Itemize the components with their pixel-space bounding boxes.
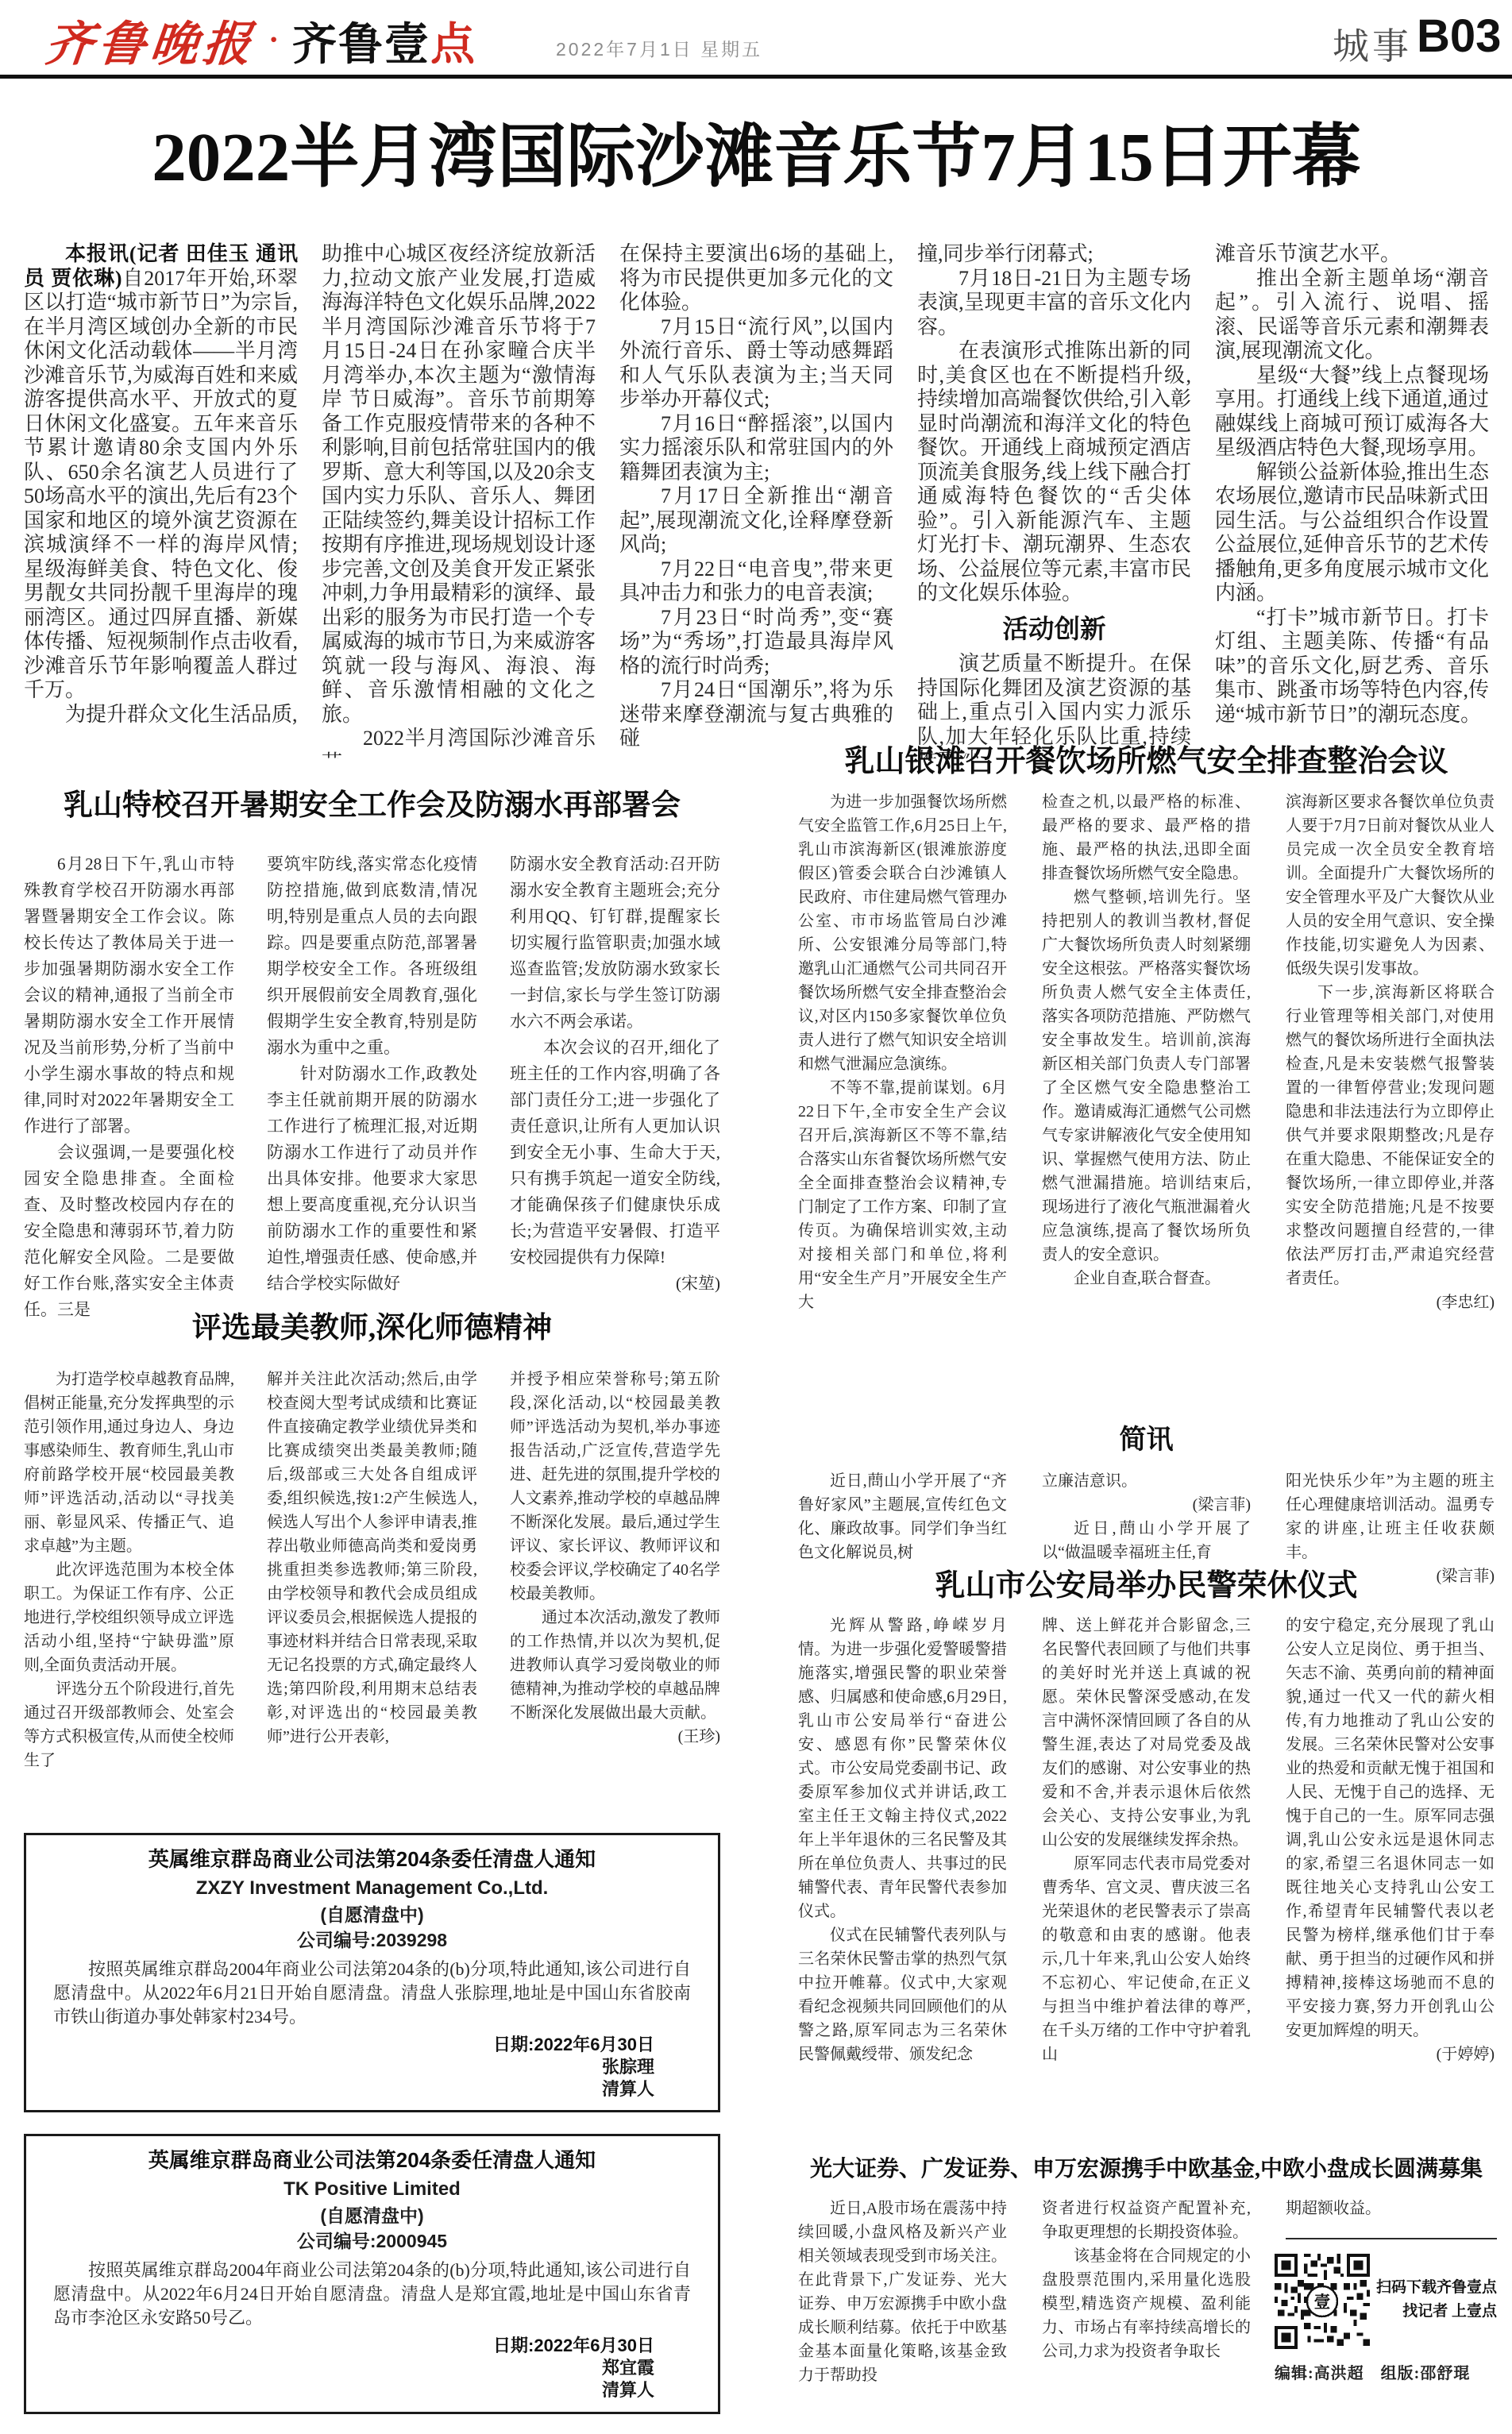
article-paragraph: 评选分五个阶段进行,首先通过召开级部教师会、处室会等方式积极宣传,从而使全校师生…	[24, 1677, 234, 1772]
article-paragraph: 牌、送上鲜花并合影留念,三名民警代表回顾了与他们共事的美好时光并送上真诚的祝愿。…	[1042, 1614, 1251, 1852]
article-column: 要筑牢防线,落实常态化疫情防控措施,做到底数清,情况明,特别是重点人员的去向跟踪…	[267, 851, 477, 1321]
notice-status: (自愿清盘中)	[53, 1904, 691, 1926]
notice-status: (自愿清盘中)	[53, 2204, 691, 2227]
article-column: 撞,同步举行闭幕式;7月18日-21日为主题专场表演,呈现更丰富的音乐文化内容。…	[917, 242, 1191, 758]
article-signature: (梁言菲)	[1042, 1493, 1251, 1517]
notice-company-name: ZXZY Investment Management Co.,Ltd.	[53, 1877, 691, 1900]
article-paragraph: 近日,A股市场在震荡中持续回暖,小盘风格及新兴产业相关领域表现受到市场关注。在此…	[798, 2197, 1007, 2387]
headline-guangda: 光大证券、广发证券、申万宏源携手中欧基金,中欧小盘成长圆满募集	[798, 2157, 1495, 2182]
article-column: 滩音乐节演艺水平。推出全新主题单场“潮音起”。引入流行、说唱、摇滚、民谣等音乐元…	[1215, 242, 1489, 758]
qr-code-icon: 壹	[1275, 2254, 1370, 2349]
article-column: 近日,A股市场在震荡中持续回暖,小盘风格及新兴产业相关领域表现受到市场关注。在此…	[798, 2197, 1007, 2411]
article-paragraph: 2022半月湾国际沙滩音乐节	[322, 727, 596, 758]
footer-rule	[1286, 2238, 1497, 2239]
article-column: 助推中心城区夜经济绽放新活力,拉动文旅产业发展,打造威海海洋特色文化娱乐品牌,2…	[322, 242, 596, 758]
notice-liquidator-name: 张腙理	[53, 2056, 691, 2078]
article-paragraph: 并授予相应荣誉称号;第五阶段,深化活动,以“校园最美教师”评选活动为契机,举办事…	[510, 1367, 720, 1606]
article-paragraph: 企业自查,联合督查。	[1042, 1267, 1251, 1290]
brand-logo-qilu-yidian: 齐鲁壹点	[292, 10, 476, 73]
notice-registration-number: 公司编号:2000945	[53, 2230, 691, 2252]
article-paragraph: 要筑牢防线,落实常态化疫情防控措施,做到底数清,情况明,特别是重点人员的去向跟踪…	[267, 851, 477, 1061]
article-gongan-body: 光辉从警路,峥嵘岁月情。为进一步强化爱警暖警措施落实,增强民警的职业荣誉感、归属…	[798, 1614, 1495, 2138]
article-paragraph: 光辉从警路,峥嵘岁月情。为进一步强化爱警暖警措施落实,增强民警的职业荣誉感、归属…	[798, 1614, 1007, 1923]
notice-date: 日期:2022年6月30日	[53, 2335, 691, 2357]
notice-date: 日期:2022年6月30日	[53, 2034, 691, 2056]
article-column: 光辉从警路,峥嵘岁月情。为进一步强化爱警暖警措施落实,增强民警的职业荣誉感、归属…	[798, 1614, 1007, 2138]
brand-logo-qilu-wanbao: 齐鲁晚报	[42, 6, 259, 75]
issue-date: 2022年7月1日 星期五	[556, 35, 762, 61]
brand-logo-text: 齐鲁壹	[292, 19, 430, 69]
section-label: 城事	[1333, 17, 1412, 70]
article-paragraph: 下一步,滨海新区将联合行业管理等相关部门,对使用燃气的餐饮场所进行全面执法检查,…	[1286, 981, 1495, 1290]
page-number: B03	[1417, 10, 1501, 63]
article-column: 本报讯(记者 田佳玉 通讯员 贾依琳)自2017年开始,环翠区以打造“城市新节日…	[24, 242, 298, 758]
liquidation-notice-box-1: 英属维京群岛商业公司法第204条委任清盘人通知 ZXZY Investment …	[24, 1833, 720, 2112]
article-paragraph: 助推中心城区夜经济绽放新活力,拉动文旅产业发展,打造威海海洋特色文化娱乐品牌,2…	[322, 242, 596, 727]
masthead-rule	[0, 75, 1512, 79]
article-pingxuan-body: 为打造学校卓越教育品牌,倡树正能量,充分发挥典型的示范引领作用,通过身边人、身边…	[24, 1367, 720, 1812]
article-column: 在保持主要演出6场的基础上,将为市民提供更加多元化的文化体验。7月15日“流行风…	[619, 242, 893, 758]
notice-body: 按照英属维京群岛2004年商业公司法第204条的(b)分项,特此通知,该公司进行…	[53, 1958, 691, 2029]
article-signature: (宋堃)	[510, 1271, 720, 1297]
footer-qr-block: 壹 扫码下载齐鲁壹点 找记者 上壹点 编辑:高洪超 组版:邵舒琨	[1275, 2238, 1497, 2383]
article-paragraph: 期超额收益。	[1286, 2197, 1495, 2220]
newspaper-page: 齐鲁晚报 · 齐鲁壹点 2022年7月1日 星期五 城事 B03 2022半月湾…	[0, 0, 1512, 2434]
article-paragraph: 7月23日“时尚秀”,变“赛场”为“秀场”,打造最具海岸风格的流行时尚秀;	[619, 606, 893, 679]
article-paragraph: 6月28日下午,乳山市特殊教育学校召开防溺水再部署暨暑期安全工作会议。陈校长传达…	[24, 851, 234, 1140]
article-paragraph: 为打造学校卓越教育品牌,倡树正能量,充分发挥典型的示范引领作用,通过身边人、身边…	[24, 1367, 234, 1558]
article-column: 滨海新区要求各餐饮单位负责人要于7月7日前对餐饮从业人员完成一次全员安全教育培训…	[1286, 790, 1495, 1425]
article-paragraph: 本报讯(记者 田佳玉 通讯员 贾依琳)自2017年开始,环翠区以打造“城市新节日…	[24, 242, 298, 703]
article-paragraph: 7月16日“醉摇滚”,以国内实力摇滚乐队和常驻国内的外籍舞团表演为主;	[619, 412, 893, 485]
notice-registration-number: 公司编号:2039298	[53, 1929, 691, 1951]
article-column: 的安宁稳定,充分展现了乳山公安人立足岗位、勇于担当、矢志不渝、英勇向前的精神面貌…	[1286, 1614, 1495, 2138]
article-paragraph: 近日,蔄山小学开展了以“做温暖幸福班主任,育	[1042, 1517, 1251, 1564]
masthead: 齐鲁晚报 · 齐鲁壹点 2022年7月1日 星期五 城事 B03	[0, 0, 1512, 76]
article-paragraph: 会议强调,一是要强化校园安全隐患排查。全面检查、及时整改校园内存在的安全隐患和薄…	[24, 1140, 234, 1321]
article-paragraph: 阳光快乐少年”为主题的班主任心理健康培训活动。温勇专家的讲座,让班主任收获颇丰。	[1286, 1469, 1495, 1564]
article-paragraph: “打卡”城市新节日。打卡灯组、主题美陈、传播“有品味”的音乐文化,厨艺秀、音乐集…	[1215, 606, 1489, 727]
article-paragraph: 解并关注此次活动;然后,由学校查阅大型考试成绩和比赛证件直接确定教学业绩优异类和…	[267, 1367, 477, 1749]
qr-caption-line2: 找记者 上壹点	[1370, 2300, 1497, 2324]
article-paragraph: 原军同志代表市局党委对曹秀华、宫文灵、曹庆波三名光荣退休的老民警表示了崇高的敬意…	[1042, 1852, 1251, 2066]
article-paragraph: 不等不靠,提前谋划。6月22日下午,全市安全生产会议召开后,滨海新区不等不靠,结…	[798, 1076, 1007, 1314]
headline-teshiao: 乳山特校召开暑期安全工作会及防溺水再部署会	[24, 789, 720, 824]
article-signature: (王珍)	[510, 1725, 720, 1749]
article-lead-body: 本报讯(记者 田佳玉 通讯员 贾依琳)自2017年开始,环翠区以打造“城市新节日…	[24, 242, 1489, 758]
article-paragraph: 滨海新区要求各餐饮单位负责人要于7月7日前对餐饮从业人员完成一次全员安全教育培训…	[1286, 790, 1495, 981]
article-column: 资者进行权益资产配置补充,争取更理想的长期投资体验。该基金将在合同规定的小盘股票…	[1042, 2197, 1251, 2411]
article-paragraph: 立廉洁意识。	[1042, 1469, 1251, 1493]
article-paragraph: 在表演形式推陈出新的同时,美食区也在不断提档升级,持续增加高端餐饮供给,引入彰显…	[917, 339, 1191, 606]
article-paragraph: 资者进行权益资产配置补充,争取更理想的长期投资体验。	[1042, 2197, 1251, 2244]
notice-liquidator-name: 郑宜霞	[53, 2357, 691, 2379]
liquidation-notice-box-2: 英属维京群岛商业公司法第204条委任清盘人通知 TK Positive Limi…	[24, 2134, 720, 2414]
article-paragraph: 滩音乐节演艺水平。	[1215, 242, 1489, 267]
headline-yintan: 乳山银滩召开餐饮场所燃气安全排查整治会议	[798, 745, 1495, 780]
notice-title: 英属维京群岛商业公司法第204条委任清盘人通知	[53, 1846, 691, 1872]
byline: 本报讯(记者 田佳玉 通讯员 贾依琳)	[24, 242, 298, 290]
article-paragraph: 近日,蔄山小学开展了“齐鲁好家风”主题展,宣传红色文化、廉政故事。同学们争当红色…	[798, 1469, 1007, 1564]
lead-headline: 2022半月湾国际沙滩音乐节7月15日开幕	[24, 118, 1489, 197]
article-signature: (李忠红)	[1286, 1290, 1495, 1314]
article-paragraph: 7月22日“电音曳”,带来更具冲击力和张力的电音表演;	[619, 557, 893, 606]
article-column: 检查之机,以最严格的标准、最严格的要求、最严格的措施、最严格的执法,迅即全面排查…	[1042, 790, 1251, 1425]
article-subhead: 活动创新	[917, 617, 1191, 642]
article-column: 防溺水安全教育活动:召开防溺水安全教育主题班会;充分利用QQ、钉钉群,提醒家长切…	[510, 851, 720, 1321]
article-column: 解并关注此次活动;然后,由学校查阅大型考试成绩和比赛证件直接确定教学业绩优异类和…	[267, 1367, 477, 1812]
article-paragraph: 7月24日“国潮乐”,将为乐迷带来摩登潮流与复古典雅的碰	[619, 678, 893, 751]
article-paragraph: 的安宁稳定,充分展现了乳山公安人立足岗位、勇于担当、矢志不渝、英勇向前的精神面貌…	[1286, 1614, 1495, 2042]
article-paragraph: 本次会议的召开,细化了班主任的工作内容,明确了各部门责任分工;进一步强化了责任意…	[510, 1035, 720, 1271]
article-column: 牌、送上鲜花并合影留念,三名民警代表回顾了与他们共事的美好时光并送上真诚的祝愿。…	[1042, 1614, 1251, 2138]
article-paragraph: 通过本次活动,激发了教师的工作热情,并以次为契机,促进教师认真学习爱岗敬业的师德…	[510, 1606, 720, 1725]
article-signature: (于婷婷)	[1286, 2042, 1495, 2066]
headline-pingxuan: 评选最美教师,深化师德精神	[24, 1312, 720, 1346]
article-paragraph: 燃气整顿,培训先行。坚持把别人的教训当教材,督促广大餐饮场所负责人时刻紧绷安全这…	[1042, 885, 1251, 1267]
article-paragraph: 此次评选范围为本校全体职工。为保证工作有序、公正地进行,学校组织领导成立评选活动…	[24, 1558, 234, 1677]
notice-body: 按照英属维京群岛2004年商业公司法第204条的(b)分项,特此通知,该公司进行…	[53, 2258, 691, 2330]
headline-briefs: 简讯	[798, 1425, 1495, 1456]
article-paragraph: 7月15日“流行风”,以国内外流行音乐、爵士等动感舞蹈和人气乐队表演为主;当天同…	[619, 315, 893, 412]
notice-title: 英属维京群岛商业公司法第204条委任清盘人通知	[53, 2147, 691, 2173]
qr-caption-line1: 扫码下载齐鲁壹点	[1370, 2276, 1497, 2300]
article-paragraph: 为提升群众文化生活品质,	[24, 703, 298, 727]
article-paragraph: 仪式在民辅警代表列队与三名荣休民警击掌的热烈气氛中拉开帷幕。仪式中,大家观看纪念…	[798, 1923, 1007, 2066]
article-paragraph: 在保持主要演出6场的基础上,将为市民提供更加多元化的文化体验。	[619, 242, 893, 315]
article-paragraph: 撞,同步举行闭幕式;	[917, 242, 1191, 267]
headline-gongan: 乳山市公安局举办民警荣休仪式	[798, 1569, 1495, 1604]
editor-credit-line: 编辑:高洪超 组版:邵舒琨	[1275, 2360, 1497, 2383]
article-column: 并授予相应荣誉称号;第五阶段,深化活动,以“校园最美教师”评选活动为契机,举办事…	[510, 1367, 720, 1812]
article-paragraph: 检查之机,以最严格的标准、最严格的要求、最严格的措施、最严格的执法,迅即全面排查…	[1042, 790, 1251, 885]
notice-liquidator-role: 清算人	[53, 2078, 691, 2100]
article-paragraph: 推出全新主题单场“潮音起”。引入流行、说唱、摇滚、民谣等音乐元素和潮舞表演,展现…	[1215, 267, 1489, 364]
brand-separator-dot: ·	[268, 21, 279, 58]
article-column: 为打造学校卓越教育品牌,倡树正能量,充分发挥典型的示范引领作用,通过身边人、身边…	[24, 1367, 234, 1812]
article-paragraph: 演艺质量不断提升。在保持国际化舞团及演艺资源的基础上,重点引入国内实力派乐队,加…	[917, 652, 1191, 758]
article-paragraph: 针对防溺水工作,政教处李主任就前期开展的防溺水工作进行了梳理汇报,对近期防溺水工…	[267, 1061, 477, 1297]
article-paragraph: 7月18日-21日为主题专场表演,呈现更丰富的音乐文化内容。	[917, 267, 1191, 340]
article-teshiao-body: 6月28日下午,乳山市特殊教育学校召开防溺水再部署暨暑期安全工作会议。陈校长传达…	[24, 851, 720, 1321]
notice-liquidator-role: 清算人	[53, 2379, 691, 2401]
brand-logo-red-dot: 点	[430, 19, 476, 69]
article-paragraph: 星级“大餐”线上点餐现场享用。打通线上线下通道,通过融媒线上商城可预订威海各大星…	[1215, 364, 1489, 461]
svg-text:壹: 壹	[1314, 2292, 1331, 2311]
qr-caption: 扫码下载齐鲁壹点 找记者 上壹点	[1370, 2254, 1497, 2324]
notice-company-name: TK Positive Limited	[53, 2177, 691, 2201]
article-paragraph: 为进一步加强餐饮场所燃气安全监管工作,6月25日上午,乳山市滨海新区(银滩旅游度…	[798, 790, 1007, 1076]
article-column: 6月28日下午,乳山市特殊教育学校召开防溺水再部署暨暑期安全工作会议。陈校长传达…	[24, 851, 234, 1321]
article-yintan-body: 为进一步加强餐饮场所燃气安全监管工作,6月25日上午,乳山市滨海新区(银滩旅游度…	[798, 790, 1495, 1425]
article-paragraph: 该基金将在合同规定的小盘股票范围内,采用量化选股模型,精选资产规模、盈利能力、市…	[1042, 2244, 1251, 2363]
article-column: 为进一步加强餐饮场所燃气安全监管工作,6月25日上午,乳山市滨海新区(银滩旅游度…	[798, 790, 1007, 1425]
article-paragraph: 7月17日全新推出“潮音起”,展现潮流文化,诠释摩登新风尚;	[619, 484, 893, 557]
article-paragraph: 解锁公益新体验,推出生态农场展位,邀请市民品味新式田园生活。与公益组织合作设置公…	[1215, 461, 1489, 606]
article-paragraph: 防溺水安全教育活动:召开防溺水安全教育主题班会;充分利用QQ、钉钉群,提醒家长切…	[510, 851, 720, 1035]
